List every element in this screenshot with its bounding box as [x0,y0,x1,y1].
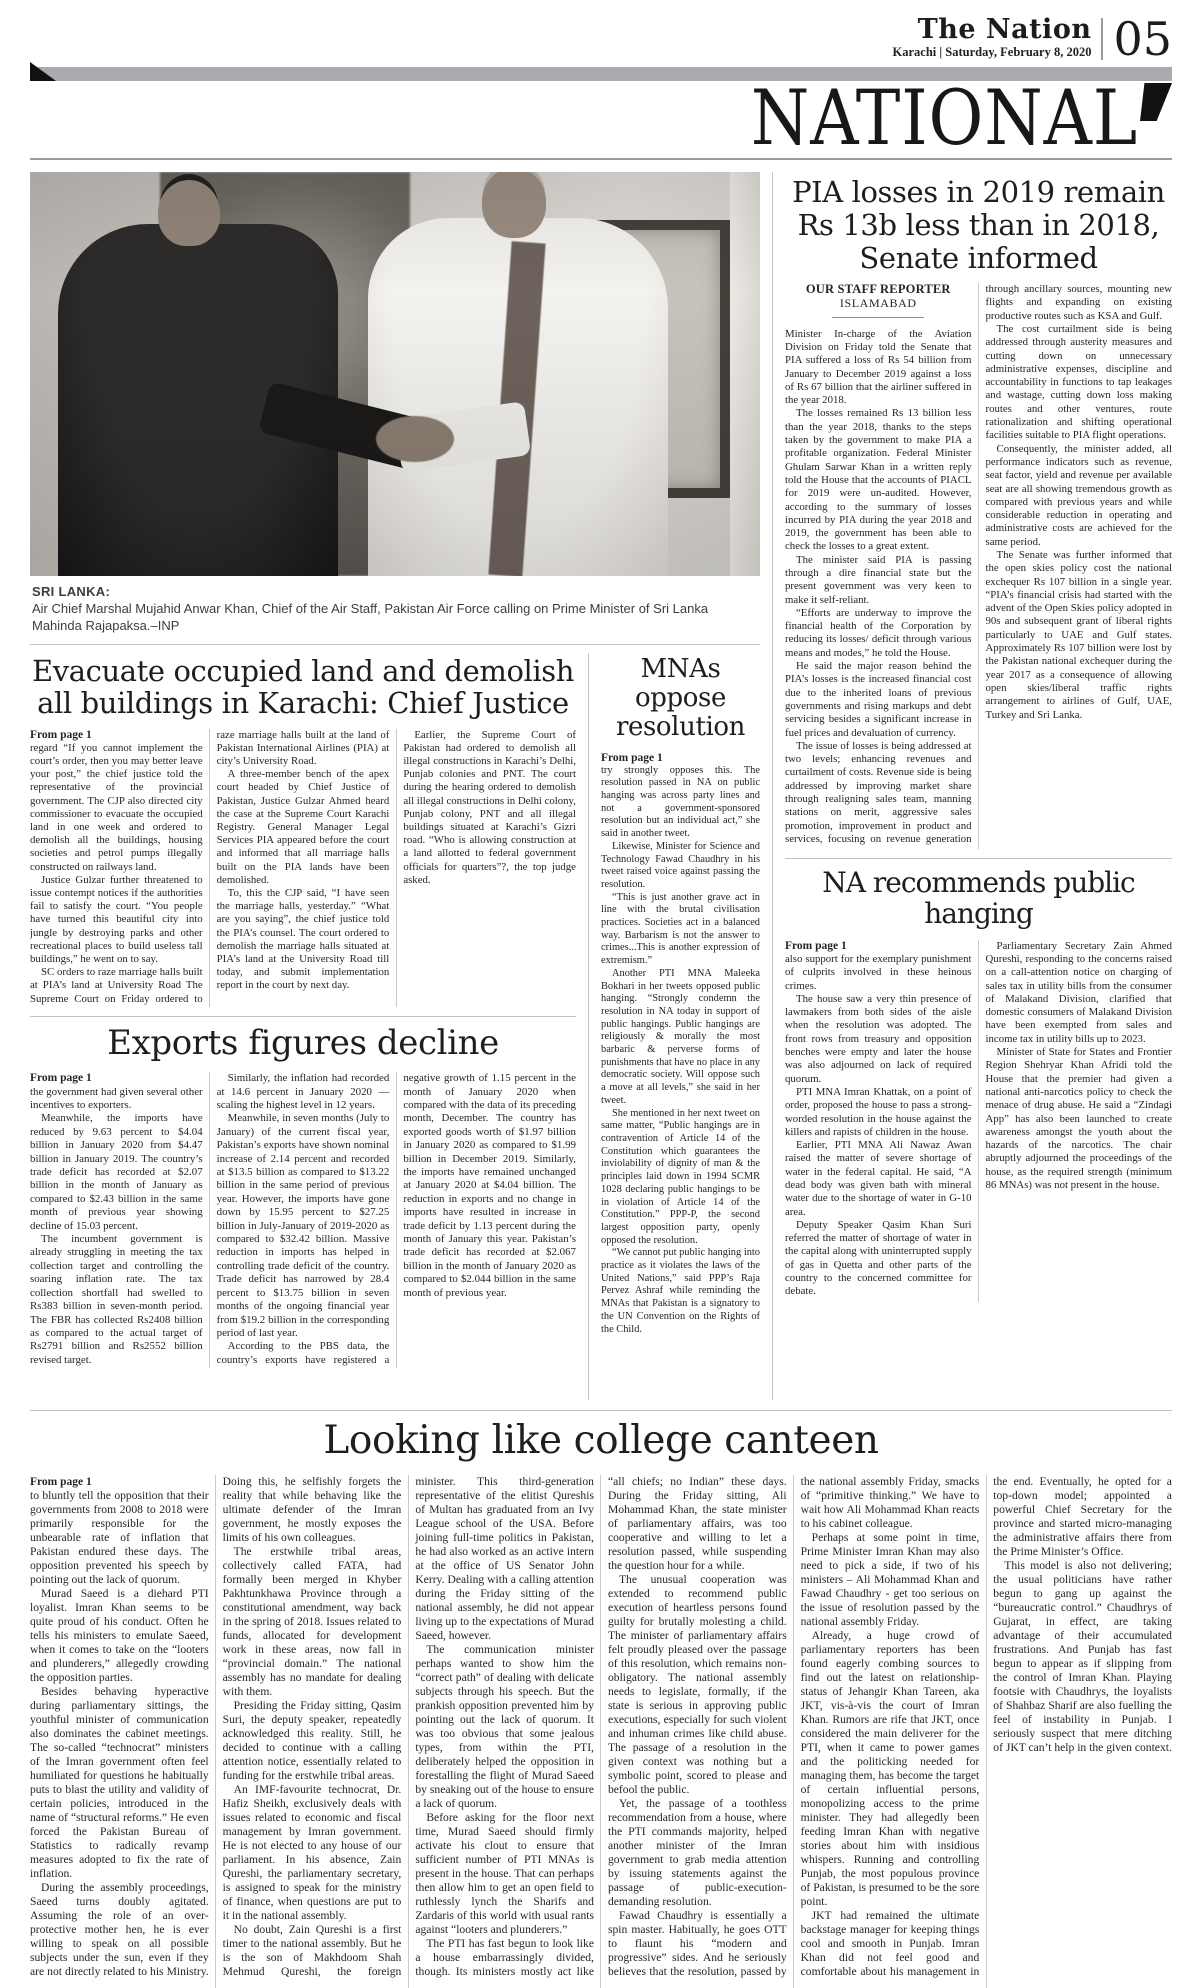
corner-flag-shape [30,62,56,81]
article-canteen-headline: Looking like college canteen [30,1421,1172,1462]
masthead-text: The Nation Karachi | Saturday, February … [893,16,1102,60]
left-lower-region: Evacuate occupied land and demolish all … [30,644,760,1400]
banner-flag-icon [1140,83,1172,121]
article-exports-body: From page 1 the government had given sev… [30,1072,576,1368]
photo-shading-overlay [30,172,760,576]
article-mnas: MNAs oppose resolution From page 1 try s… [601,655,760,1400]
from-page-label: From page 1 [601,752,760,765]
from-page-label: From page 1 [30,1475,209,1489]
article-chief-justice: Evacuate occupied land and demolish all … [30,655,576,1007]
article-chief-justice-headline: Evacuate occupied land and demolish all … [30,655,576,720]
dateline: Karachi | Saturday, February 8, 2020 [893,45,1092,60]
masthead: The Nation Karachi | Saturday, February … [30,16,1172,60]
from-page-label: From page 1 [30,729,203,742]
article-mnas-headline: MNAs oppose resolution [607,655,754,742]
article-mnas-body: From page 1 try strongly opposes this. T… [601,752,760,1400]
page-number: 05 [1101,18,1172,60]
article-canteen-body: From page 1 to bluntly tell the oppositi… [30,1475,1172,1988]
article-pia-body: OUR STAFF REPORTER ISLAMABAD Minister In… [785,283,1172,849]
from-page-label: From page 1 [785,940,972,953]
bottom-section-rule [30,1410,1172,1411]
section-rule [785,858,1172,859]
newspaper-page: The Nation Karachi | Saturday, February … [0,0,1200,1988]
news-photo [30,172,760,576]
page-header: The Nation Karachi | Saturday, February … [30,16,1172,160]
section-banner: NATIONAL [30,83,1172,153]
article-pia: PIA losses in 2019 remain Rs 13b less th… [785,176,1172,849]
byline: OUR STAFF REPORTER ISLAMABAD [785,283,972,318]
article-na-hanging-body: From page 1 also support for the exempla… [785,940,1172,1302]
photo-caption-tag: SRI LANKA: [32,584,758,601]
photo-caption: SRI LANKA: Air Chief Marshal Mujahid Anw… [30,576,760,644]
chief-justice-exports-block: Evacuate occupied land and demolish all … [30,653,576,1400]
article-exports-headline: Exports figures decline [30,1026,576,1062]
left-region: SRI LANKA: Air Chief Marshal Mujahid Anw… [30,172,760,1400]
article-canteen: Looking like college canteen From page 1… [30,1421,1172,1988]
right-region: PIA losses in 2019 remain Rs 13b less th… [772,172,1172,1400]
article-na-hanging: NA recommends public hanging From page 1… [785,868,1172,1302]
article-na-hanging-headline: NA recommends public hanging [785,868,1172,930]
photo-caption-text: Air Chief Marshal Mujahid Anwar Khan, Ch… [32,601,758,635]
byline-rule [832,317,924,318]
article-chief-justice-body: From page 1 regard “If you cannot implem… [30,729,576,1007]
mnas-column: MNAs oppose resolution From page 1 try s… [588,653,760,1400]
page-content: SRI LANKA: Air Chief Marshal Mujahid Anw… [30,172,1172,1400]
article-pia-headline: PIA losses in 2019 remain Rs 13b less th… [785,176,1172,275]
section-rule [30,1016,576,1017]
byline-reporter: OUR STAFF REPORTER [785,283,972,296]
paper-name: The Nation [893,16,1092,43]
byline-location: ISLAMABAD [785,297,972,310]
section-title: NATIONAL [751,83,1138,153]
from-page-label: From page 1 [30,1072,203,1085]
article-exports: Exports figures decline From page 1 the … [30,1026,576,1369]
